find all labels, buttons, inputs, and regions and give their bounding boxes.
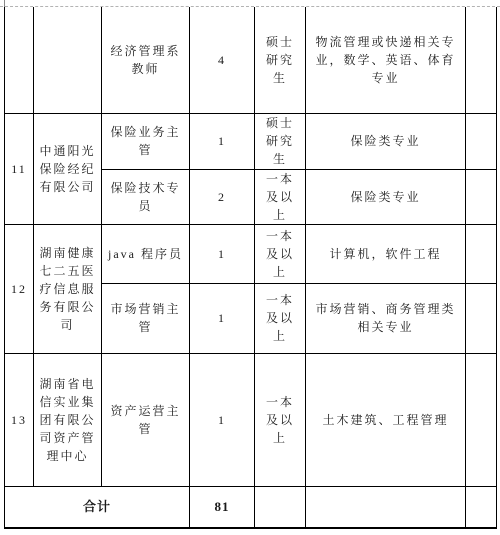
row-number-cell: 13 — [5, 353, 34, 486]
position-cell: java 程序员 — [102, 224, 190, 283]
company-cell: 湖南健康七二五医疗信息服务有限公司 — [34, 224, 102, 353]
education-cell: 硕士研究生 — [255, 7, 306, 113]
count-cell: 1 — [190, 353, 255, 486]
total-row: 合计 81 — [5, 486, 497, 528]
major-cell: 保险类专业 — [306, 113, 466, 169]
count-cell: 4 — [190, 7, 255, 113]
major-cell: 物流管理或快递相关专业，数学、英语、体育专业 — [306, 7, 466, 113]
empty-cell — [255, 486, 306, 528]
count-cell: 1 — [190, 224, 255, 283]
document-page: 经济管理系教师 4 硕士研究生 物流管理或快递相关专业，数学、英语、体育专业 1… — [0, 0, 500, 535]
count-cell: 1 — [190, 113, 255, 169]
major-cell: 土木建筑、工程管理 — [306, 353, 466, 486]
empty-cell — [466, 224, 497, 283]
position-cell: 保险业务主管 — [102, 113, 190, 169]
row-number-cell: 11 — [5, 113, 34, 224]
major-cell: 市场营销、商务管理类相关专业 — [306, 283, 466, 353]
table-row: 11 中通阳光保险经纪有限公司 保险业务主管 1 硕士研究生 保险类专业 — [5, 113, 497, 169]
position-cell: 资产运营主管 — [102, 353, 190, 486]
empty-cell — [466, 486, 497, 528]
major-cell: 计算机，软件工程 — [306, 224, 466, 283]
education-cell: 一本及以上 — [255, 283, 306, 353]
education-cell: 一本及以上 — [255, 224, 306, 283]
empty-cell — [466, 283, 497, 353]
table-row: 13 湖南省电信实业集团有限公司资产管理中心 资产运营主管 1 一本及以上 土木… — [5, 353, 497, 486]
company-cell: 中通阳光保险经纪有限公司 — [34, 113, 102, 224]
empty-cell — [466, 169, 497, 224]
empty-cell — [306, 486, 466, 528]
education-cell: 一本及以上 — [255, 169, 306, 224]
position-cell: 保险技术专员 — [102, 169, 190, 224]
education-cell: 硕士研究生 — [255, 113, 306, 169]
position-cell: 市场营销主管 — [102, 283, 190, 353]
company-cell: 湖南省电信实业集团有限公司资产管理中心 — [34, 353, 102, 486]
row-number-cell — [5, 7, 34, 113]
empty-cell — [466, 7, 497, 113]
count-cell: 1 — [190, 283, 255, 353]
company-cell — [34, 7, 102, 113]
total-count-cell: 81 — [190, 486, 255, 528]
empty-cell — [466, 353, 497, 486]
position-cell: 经济管理系教师 — [102, 7, 190, 113]
job-positions-table: 经济管理系教师 4 硕士研究生 物流管理或快递相关专业，数学、英语、体育专业 1… — [4, 7, 497, 529]
major-cell: 保险类专业 — [306, 169, 466, 224]
table-row: 经济管理系教师 4 硕士研究生 物流管理或快递相关专业，数学、英语、体育专业 — [5, 7, 497, 113]
empty-cell — [466, 113, 497, 169]
total-label-cell: 合计 — [5, 486, 190, 528]
row-number-cell: 12 — [5, 224, 34, 353]
education-cell: 一本及以上 — [255, 353, 306, 486]
table-row: 12 湖南健康七二五医疗信息服务有限公司 java 程序员 1 一本及以上 计算… — [5, 224, 497, 283]
count-cell: 2 — [190, 169, 255, 224]
